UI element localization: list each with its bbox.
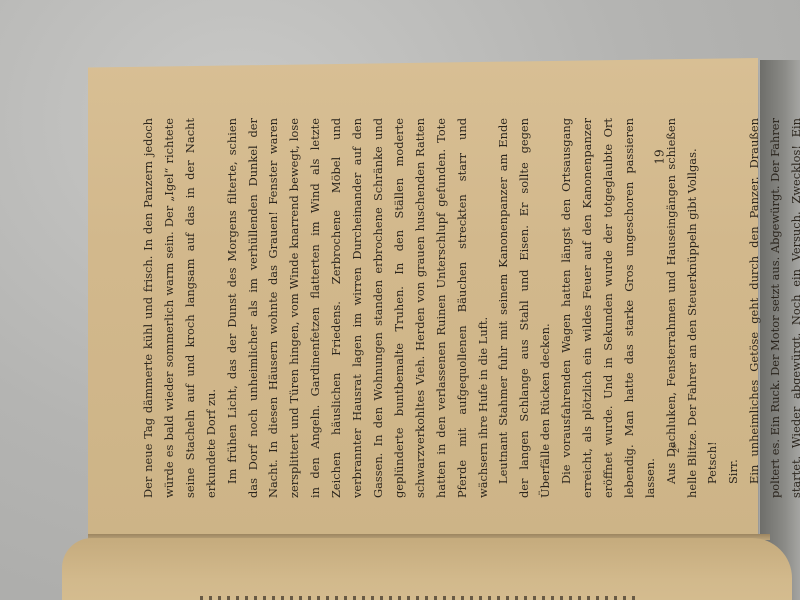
paragraph: Der neue Tag dämmerte kühl und frisch. I…	[138, 118, 222, 498]
paragraph: Ein unheimliches Getöse geht durch den P…	[744, 118, 800, 498]
book-page-left	[62, 538, 792, 600]
paragraph: Die vorausfahrenden Wagen hatten längst …	[556, 118, 661, 498]
signature-mark: 2*	[672, 444, 681, 453]
facing-page-text-edge	[200, 596, 640, 600]
paragraph: Leutnant Stahmer fuhr mit seinem Kanonen…	[493, 118, 556, 498]
page-number: 19	[653, 149, 667, 164]
paragraph: Aus Dachluken, Fensterrahmen und Hausein…	[661, 118, 703, 498]
paragraph: Im frühen Licht, das der Dunst des Morge…	[222, 118, 494, 498]
paragraph: Petsch!	[702, 118, 723, 498]
page-body-text: Der neue Tag dämmerte kühl und frisch. I…	[138, 118, 800, 498]
paragraph: Sirr.	[723, 118, 744, 498]
page-text-frame: Der neue Tag dämmerte kühl und frisch. I…	[138, 118, 678, 498]
